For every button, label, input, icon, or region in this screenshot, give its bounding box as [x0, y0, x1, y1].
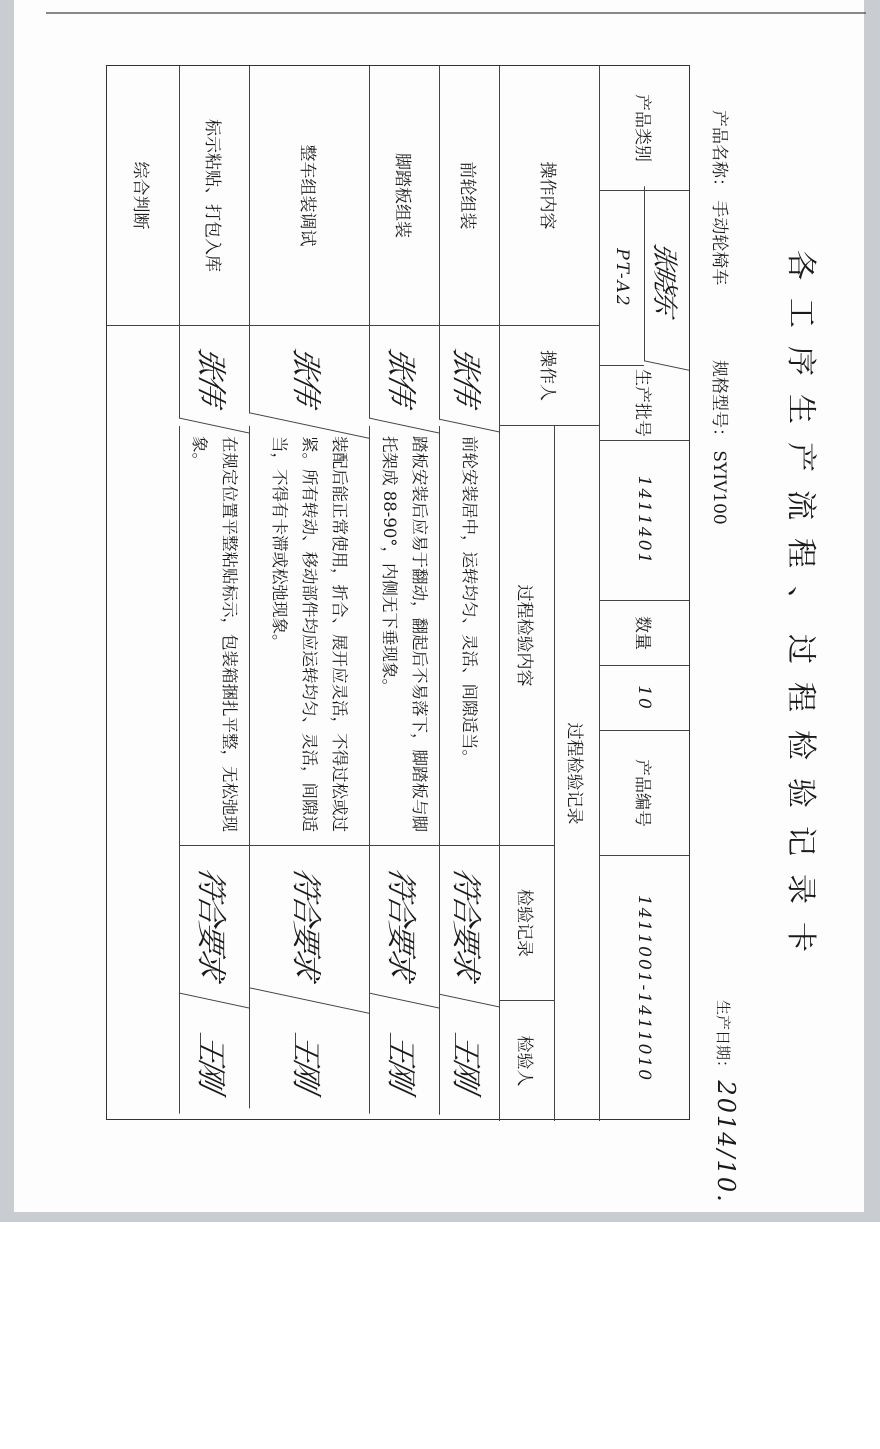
- spec-label: 规格型号：: [709, 360, 729, 445]
- serial-label: 产品编号: [599, 731, 689, 856]
- row-operation: 标示粘贴、打包入库: [179, 66, 249, 326]
- summary-value[interactable]: [107, 326, 179, 1121]
- document-title: 各工序生产流程、过程检验记录卡: [782, 0, 826, 1220]
- spec-value: SYIV100: [709, 450, 729, 524]
- col-content-header: 过程检验内容: [499, 426, 554, 846]
- row-operation: 前轮组装: [439, 66, 499, 326]
- date-field: 生产日期： 2014/10.: [712, 1000, 740, 1204]
- col-operator-header: 操作人: [499, 326, 599, 426]
- product-name-value: 手动轮椅车: [709, 200, 729, 285]
- row-operator-signature: 张伟: [439, 320, 499, 433]
- rotated-form: 各工序生产流程、过程检验记录卡 产品名称： 手动轮椅车 规格型号： SYIV10…: [0, 0, 856, 1220]
- row-record-signature: 符合要求: [369, 839, 439, 1009]
- row-content: 踏板安装后应易于翻动，翻起后不易落下，脚踏板与脚托架成 88-90°，内侧无下垂…: [369, 426, 439, 846]
- qty-label: 数量: [599, 601, 689, 666]
- category-value: PT-A2: [599, 191, 644, 366]
- date-value: 2014/10.: [712, 1080, 740, 1203]
- row-inspector-signature: 王刚: [249, 988, 369, 1134]
- product-name-label: 产品名称：: [709, 110, 729, 195]
- category-label: 产品类别: [599, 66, 689, 191]
- row-operation: 脚踏板组装: [369, 66, 439, 326]
- row-record-signature: 符合要求: [439, 840, 499, 1008]
- row-inspector-signature: 王刚: [179, 994, 249, 1129]
- row-operator-signature: 张伟: [249, 313, 369, 439]
- qty-value: 10: [599, 666, 689, 731]
- batch-value: 1411401: [599, 441, 689, 601]
- spec-field: 规格型号： SYIV100: [709, 360, 734, 525]
- date-label: 生产日期：: [714, 1000, 732, 1075]
- process-record-header: 过程检验记录: [554, 426, 599, 1121]
- row-content: 在规定位置平整粘贴标示，包装箱捆扎平整，无松弛现象。: [179, 426, 249, 846]
- summary-label: 综合判断: [107, 66, 179, 326]
- row-inspector-signature: 王刚: [439, 995, 499, 1128]
- inspection-table: 产品类别 张晓东 PT-A2 生产批号 1411401 数量 10 产品编号 1…: [106, 65, 690, 1120]
- col-inspector-header: 检验人: [499, 1001, 554, 1121]
- row-record-signature: 符合要求: [179, 839, 249, 1009]
- row-operator-signature: 张伟: [369, 319, 439, 434]
- category-signature: 张晓东: [644, 186, 689, 371]
- product-name-field: 产品名称： 手动轮椅车: [709, 110, 734, 285]
- row-record-signature: 符合要求: [249, 833, 369, 1014]
- row-content: 装配后能正常使用，折合、展开应灵活，不得过松或过紧。所有转动、移动部件均应运转均…: [249, 426, 369, 846]
- col-record-header: 检验记录: [499, 846, 554, 1001]
- serial-value: 1411001-1411010: [599, 856, 689, 1121]
- batch-label: 生产批号: [599, 366, 689, 441]
- row-content: 前轮安装居中，运转均匀、灵活、间隙适当。: [439, 426, 499, 846]
- row-operation: 整车组装调试: [249, 66, 369, 326]
- row-operator-signature: 张伟: [179, 319, 249, 434]
- col-operation-header: 操作内容: [499, 66, 599, 326]
- row-inspector-signature: 王刚: [369, 994, 439, 1129]
